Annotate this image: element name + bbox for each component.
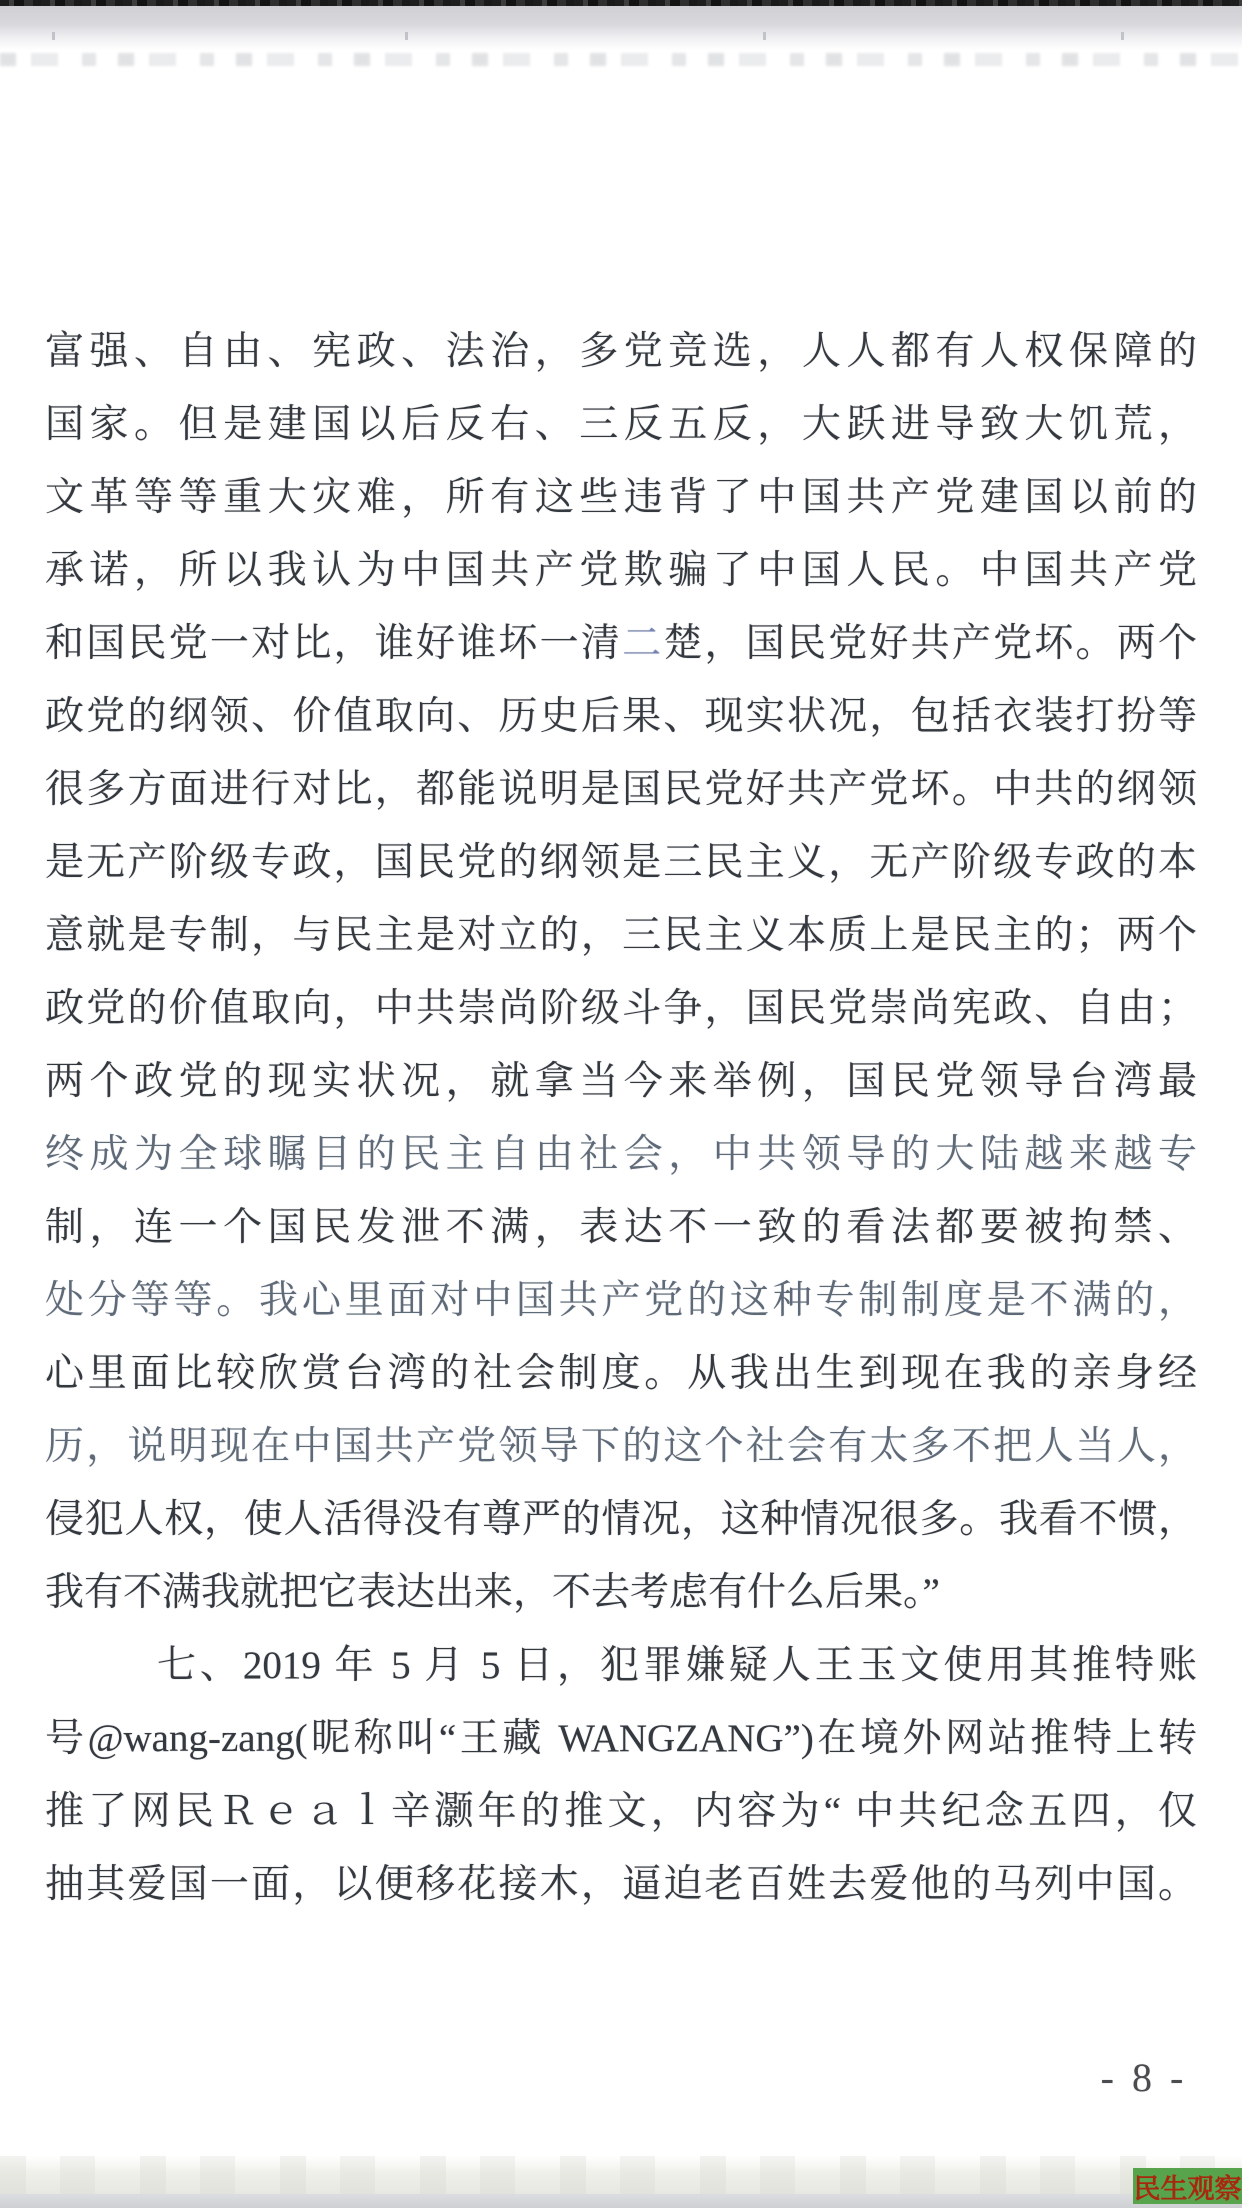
text-line: 很多方面进行对比，都能说明是国民党好共产党坏。中共的纲领 <box>45 753 1197 826</box>
registration-tick <box>1121 32 1124 40</box>
text-line: 终成为全球瞩目的民主自由社会，中共领导的大陆越来越专 <box>45 1118 1197 1191</box>
text-block: 富强、自由、宪政、法治，多党竞选，人人都有人权保障的国家。但是建国以后反右、三反… <box>45 315 1197 1921</box>
scan-bottom-mottle-band <box>0 2156 1242 2194</box>
watermark-text: 民生观察 <box>1134 2167 1242 2206</box>
text-line: 处分等等。我心里面对中国共产党的这种专制制度是不满的， <box>45 1264 1197 1337</box>
text-line: 国家。但是建国以后反右、三反五反，大跃进导致大饥荒， <box>45 388 1197 461</box>
text-line: 和国民党一对比，谁好谁坏一清二楚，国民党好共产党坏。两个 <box>45 607 1197 680</box>
text-line: 号@wang-zang(昵称叫“王藏 WANGZANG”)在境外网站推特上转 <box>45 1702 1197 1775</box>
bleedthrough-artifact <box>0 53 1242 66</box>
text-line: 推了网民Ｒｅａｌ辛灏年的推文，内容为“ 中共纪念五四，仅 <box>45 1775 1197 1848</box>
registration-tick <box>405 32 408 40</box>
text-line: 富强、自由、宪政、法治，多党竞选，人人都有人权保障的 <box>45 315 1197 388</box>
text-segment: 和国民党一对比，谁好谁坏一清 <box>45 622 622 665</box>
page-number: - 8 - <box>1088 2054 1200 2101</box>
text-line: 两个政党的现实状况，就拿当今来举例，国民党领导台湾最 <box>45 1045 1197 1118</box>
text-line: 是无产阶级专政，国民党的纲领是三民主义，无产阶级专政的本 <box>45 826 1197 899</box>
text-line: 政党的价值取向，中共崇尚阶级斗争，国民党崇尚宪政、自由； <box>45 972 1197 1045</box>
scan-bottom-edge-strip <box>0 2194 1242 2208</box>
registration-tick <box>52 32 55 40</box>
text-line: 抽其爱国一面，以便移花接木，逼迫老百姓去爱他的马列中国。 <box>45 1848 1197 1921</box>
registration-tick <box>763 32 766 40</box>
text-segment: 二 <box>622 622 663 665</box>
scan-edge-shadow-band <box>0 6 1242 50</box>
text-line: 政党的纲领、价值取向、历史后果、现实状况，包括衣装打扮等 <box>45 680 1197 753</box>
text-segment: 楚，国民党好共产党坏。两个 <box>663 622 1197 665</box>
scanned-document-page: 富强、自由、宪政、法治，多党竞选，人人都有人权保障的国家。但是建国以后反右、三反… <box>0 0 1242 2208</box>
watermark-badge: 民生观察 <box>1133 2168 1242 2204</box>
text-line: 承诺，所以我认为中国共产党欺骗了中国人民。中国共产党 <box>45 534 1197 607</box>
text-line: 我有不满我就把它表达出来，不去考虑有什么后果。” <box>45 1556 1197 1629</box>
text-line: 文革等等重大灾难，所有这些违背了中国共产党建国以前的 <box>45 461 1197 534</box>
text-line: 侵犯人权，使人活得没有尊严的情况，这种情况很多。我看不惯， <box>45 1483 1197 1556</box>
text-line: 制，连一个国民发泄不满，表达不一致的看法都要被拘禁、 <box>45 1191 1197 1264</box>
text-line: 心里面比较欣赏台湾的社会制度。从我出生到现在我的亲身经 <box>45 1337 1197 1410</box>
text-line: 七、2019 年 5 月 5 日，犯罪嫌疑人王玉文使用其推特账 <box>45 1629 1197 1702</box>
text-line: 历，说明现在中国共产党领导下的这个社会有太多不把人当人， <box>45 1410 1197 1483</box>
text-line: 意就是专制，与民主是对立的，三民主义本质上是民主的；两个 <box>45 899 1197 972</box>
